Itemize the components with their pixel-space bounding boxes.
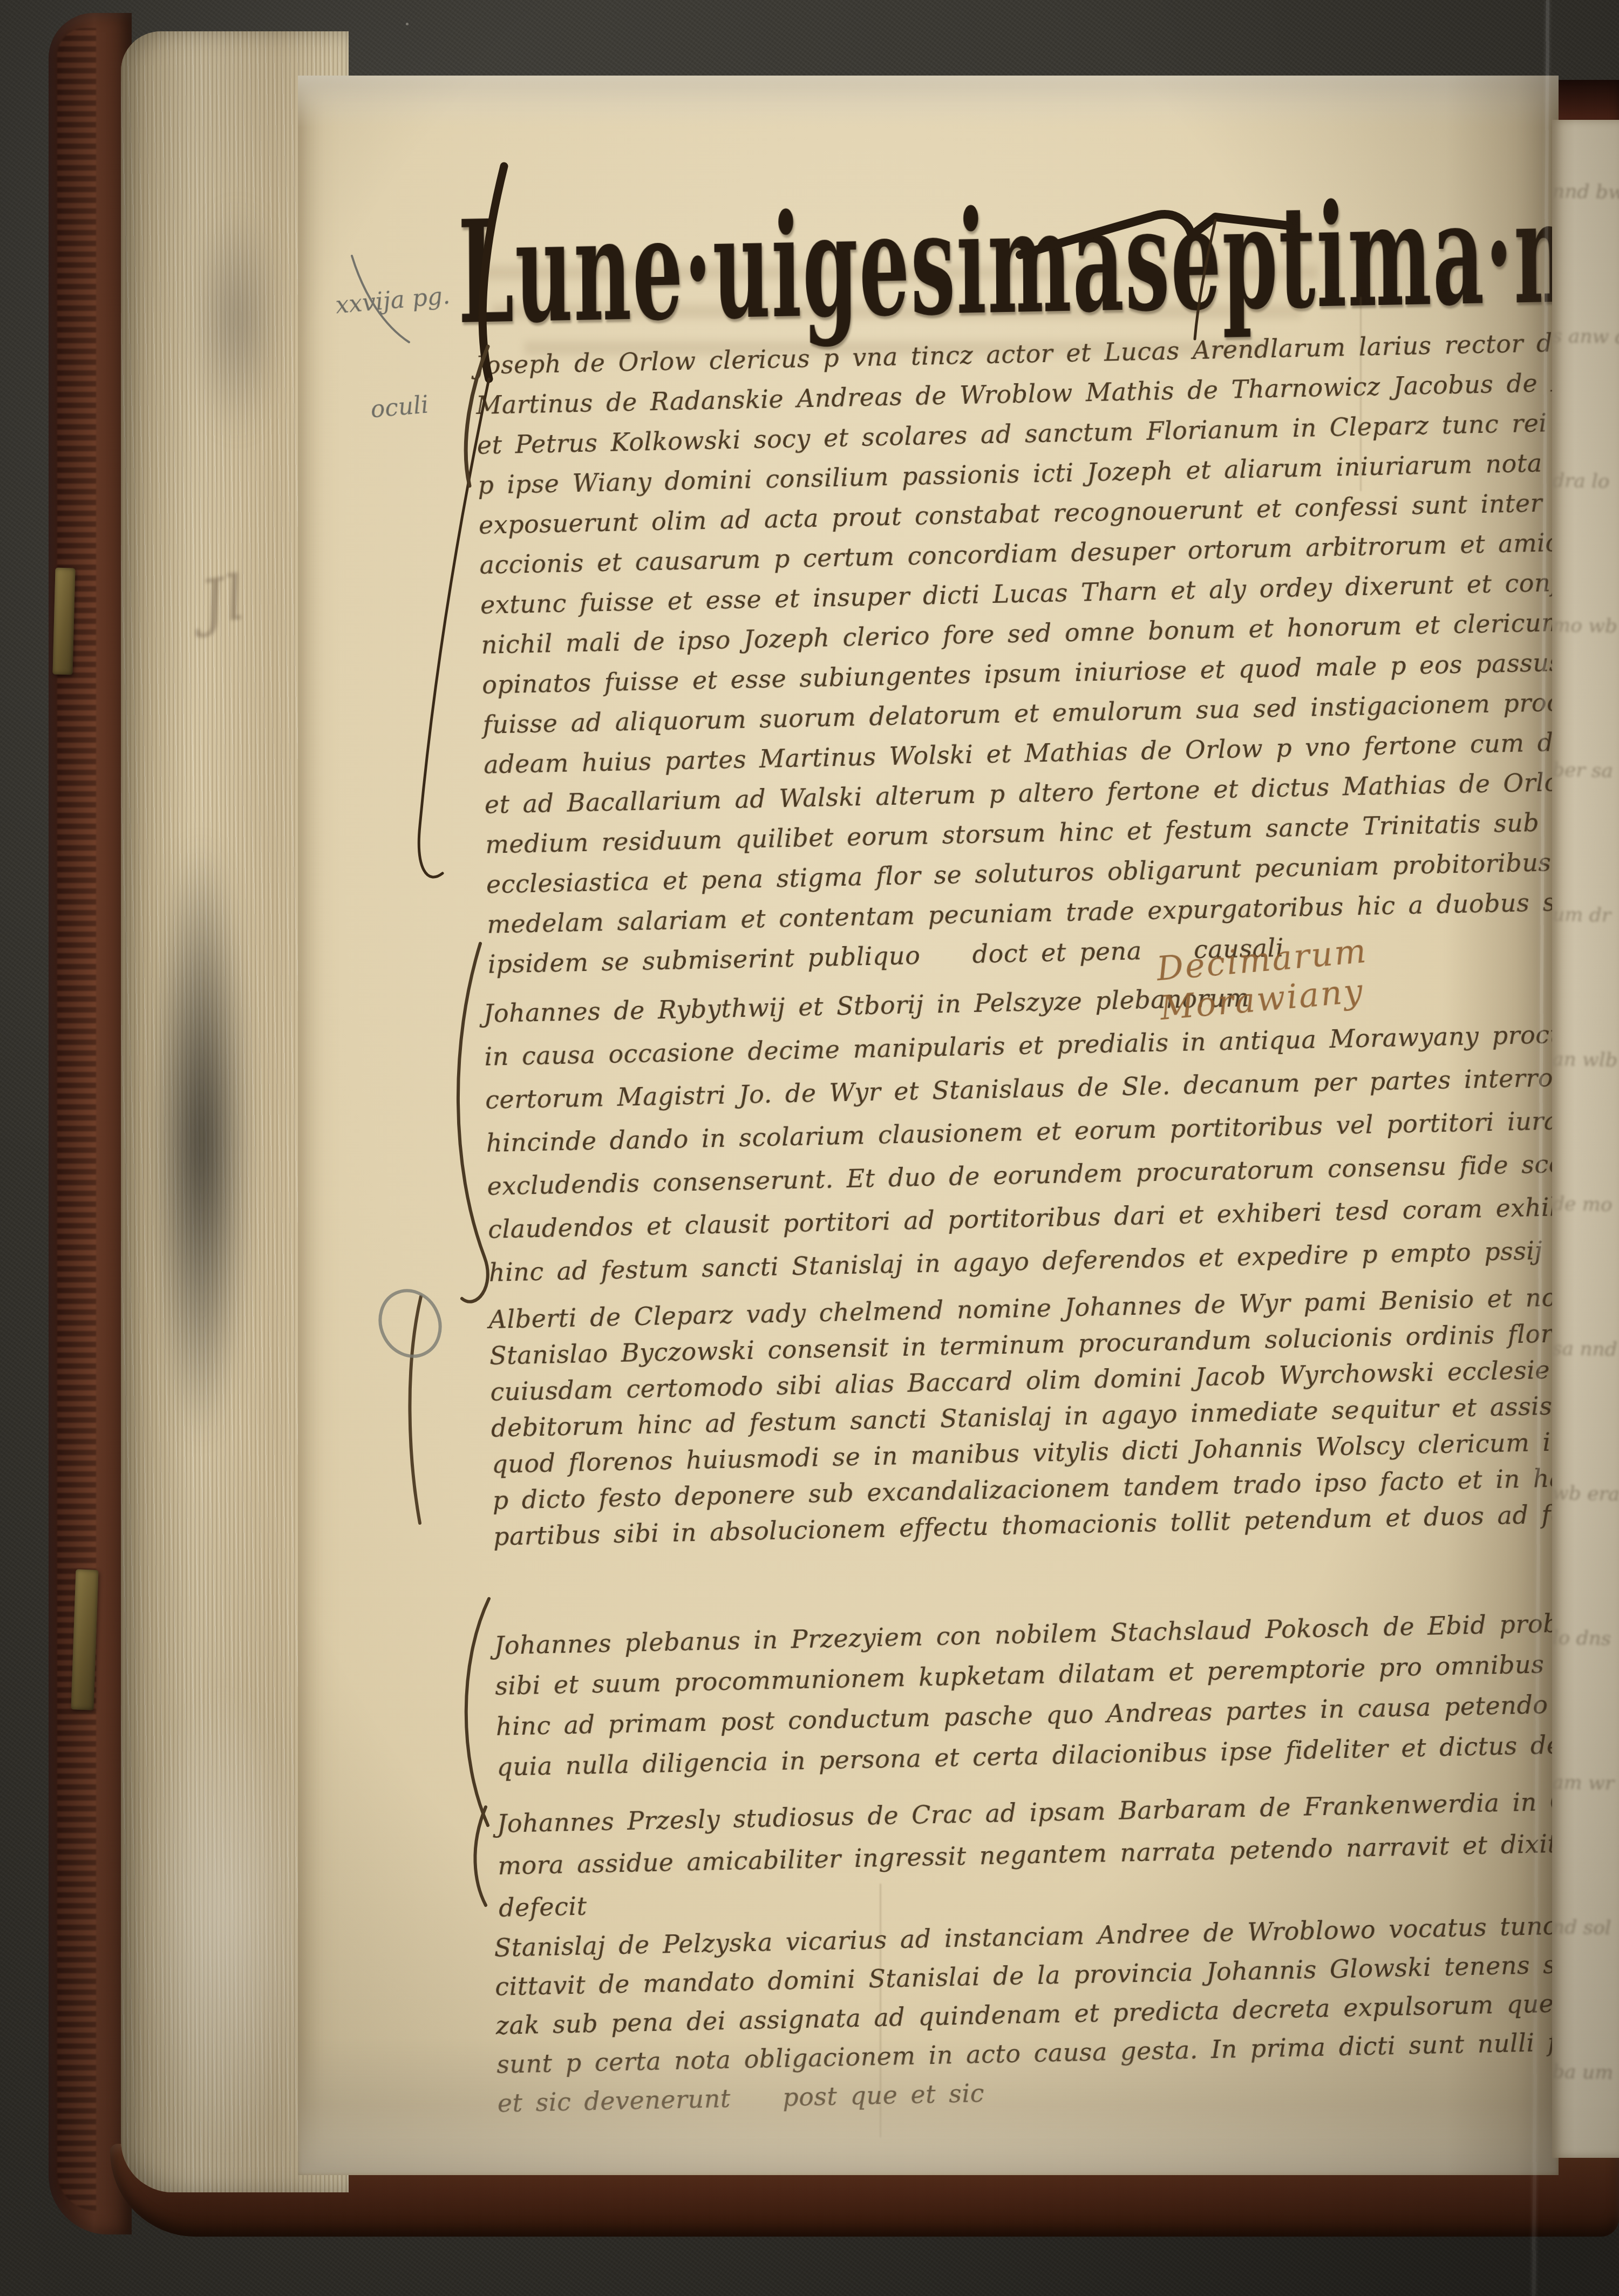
- margin-annotation: xxvija pg. oculi: [328, 207, 467, 501]
- entry-paragraph-5: Johannes Przesly studiosus de Crac ad ip…: [496, 1776, 1559, 1929]
- bottom-water-stain: [298, 2041, 1559, 2175]
- showthrough-text-fragment: s anw d: [1552, 264, 1619, 410]
- showthrough-text-fragment: ba um: [1552, 2000, 1619, 2145]
- showthrough-text-fragment: sa nnd: [1552, 1276, 1619, 1422]
- showthrough-text-fragment: nnd bw: [1552, 120, 1619, 265]
- dust-speck: [406, 23, 409, 25]
- entry-paragraph-2: Johannes de Rybythwij et Stborij in Pels…: [483, 966, 1559, 1294]
- book-cover-left-edge: [49, 13, 132, 2234]
- showthrough-text-fragment: ber sa: [1552, 698, 1619, 844]
- showthrough-text-fragment: mo wb a: [1552, 553, 1619, 699]
- entry-paragraph-4: Johannes plebanus in Przezyiem con nobil…: [494, 1599, 1559, 1788]
- margin-annotation-line: xxvija pg.: [334, 278, 452, 323]
- entry5-initial-tail: [475, 1807, 486, 1905]
- showthrough-text-fragment: wb era: [1552, 1421, 1619, 1567]
- page-edge-ink-mark: Jl: [195, 562, 249, 638]
- grey-smudge: [191, 204, 283, 436]
- manuscript-page: xxvija pg. oculi Lune·uigesimaseptima·me…: [298, 76, 1559, 2175]
- showthrough-text-fragment: lo dns: [1552, 1566, 1619, 1711]
- facing-page-fore-edge: nnd bws anw ddra lomo wb aber saum dran …: [1552, 120, 1619, 2158]
- entry-paragraph-3: Alberti de Cleparz vady chelmend nomine …: [488, 1273, 1559, 1555]
- entry-paragraph-1: Joseph de Orlow clericus p vna tincz act…: [475, 318, 1559, 984]
- showthrough-text-fragment: am wr: [1552, 1710, 1619, 1856]
- entry3-initial-tail: [410, 1296, 421, 1523]
- entry4-margin-bracket: [466, 1599, 489, 1825]
- torn-top-edge: [298, 76, 1559, 127]
- showthrough-text-fragment: um dr: [1552, 843, 1619, 988]
- leather-tooling-pattern: [57, 28, 96, 2211]
- showthrough-text-fragment: dra lo: [1552, 409, 1619, 554]
- margin-annotation-line: oculi: [343, 384, 461, 430]
- page-crease: [1360, 297, 1362, 491]
- pencil-oval-mark: [370, 1281, 451, 1366]
- showthrough-text-fragment: nd sol: [1552, 1855, 1619, 2001]
- showthrough-text-fragment: de mo: [1552, 1132, 1619, 1278]
- photo-open-manuscript-codex: Jl xxvija pg. oculi Lune·uigesimaseptima…: [0, 0, 1619, 2296]
- charred-stain: [152, 841, 249, 1440]
- showthrough-text-fragment: an wlb: [1552, 987, 1619, 1133]
- brass-clasp-upper: [52, 568, 75, 675]
- water-stain: [137, 1694, 310, 2147]
